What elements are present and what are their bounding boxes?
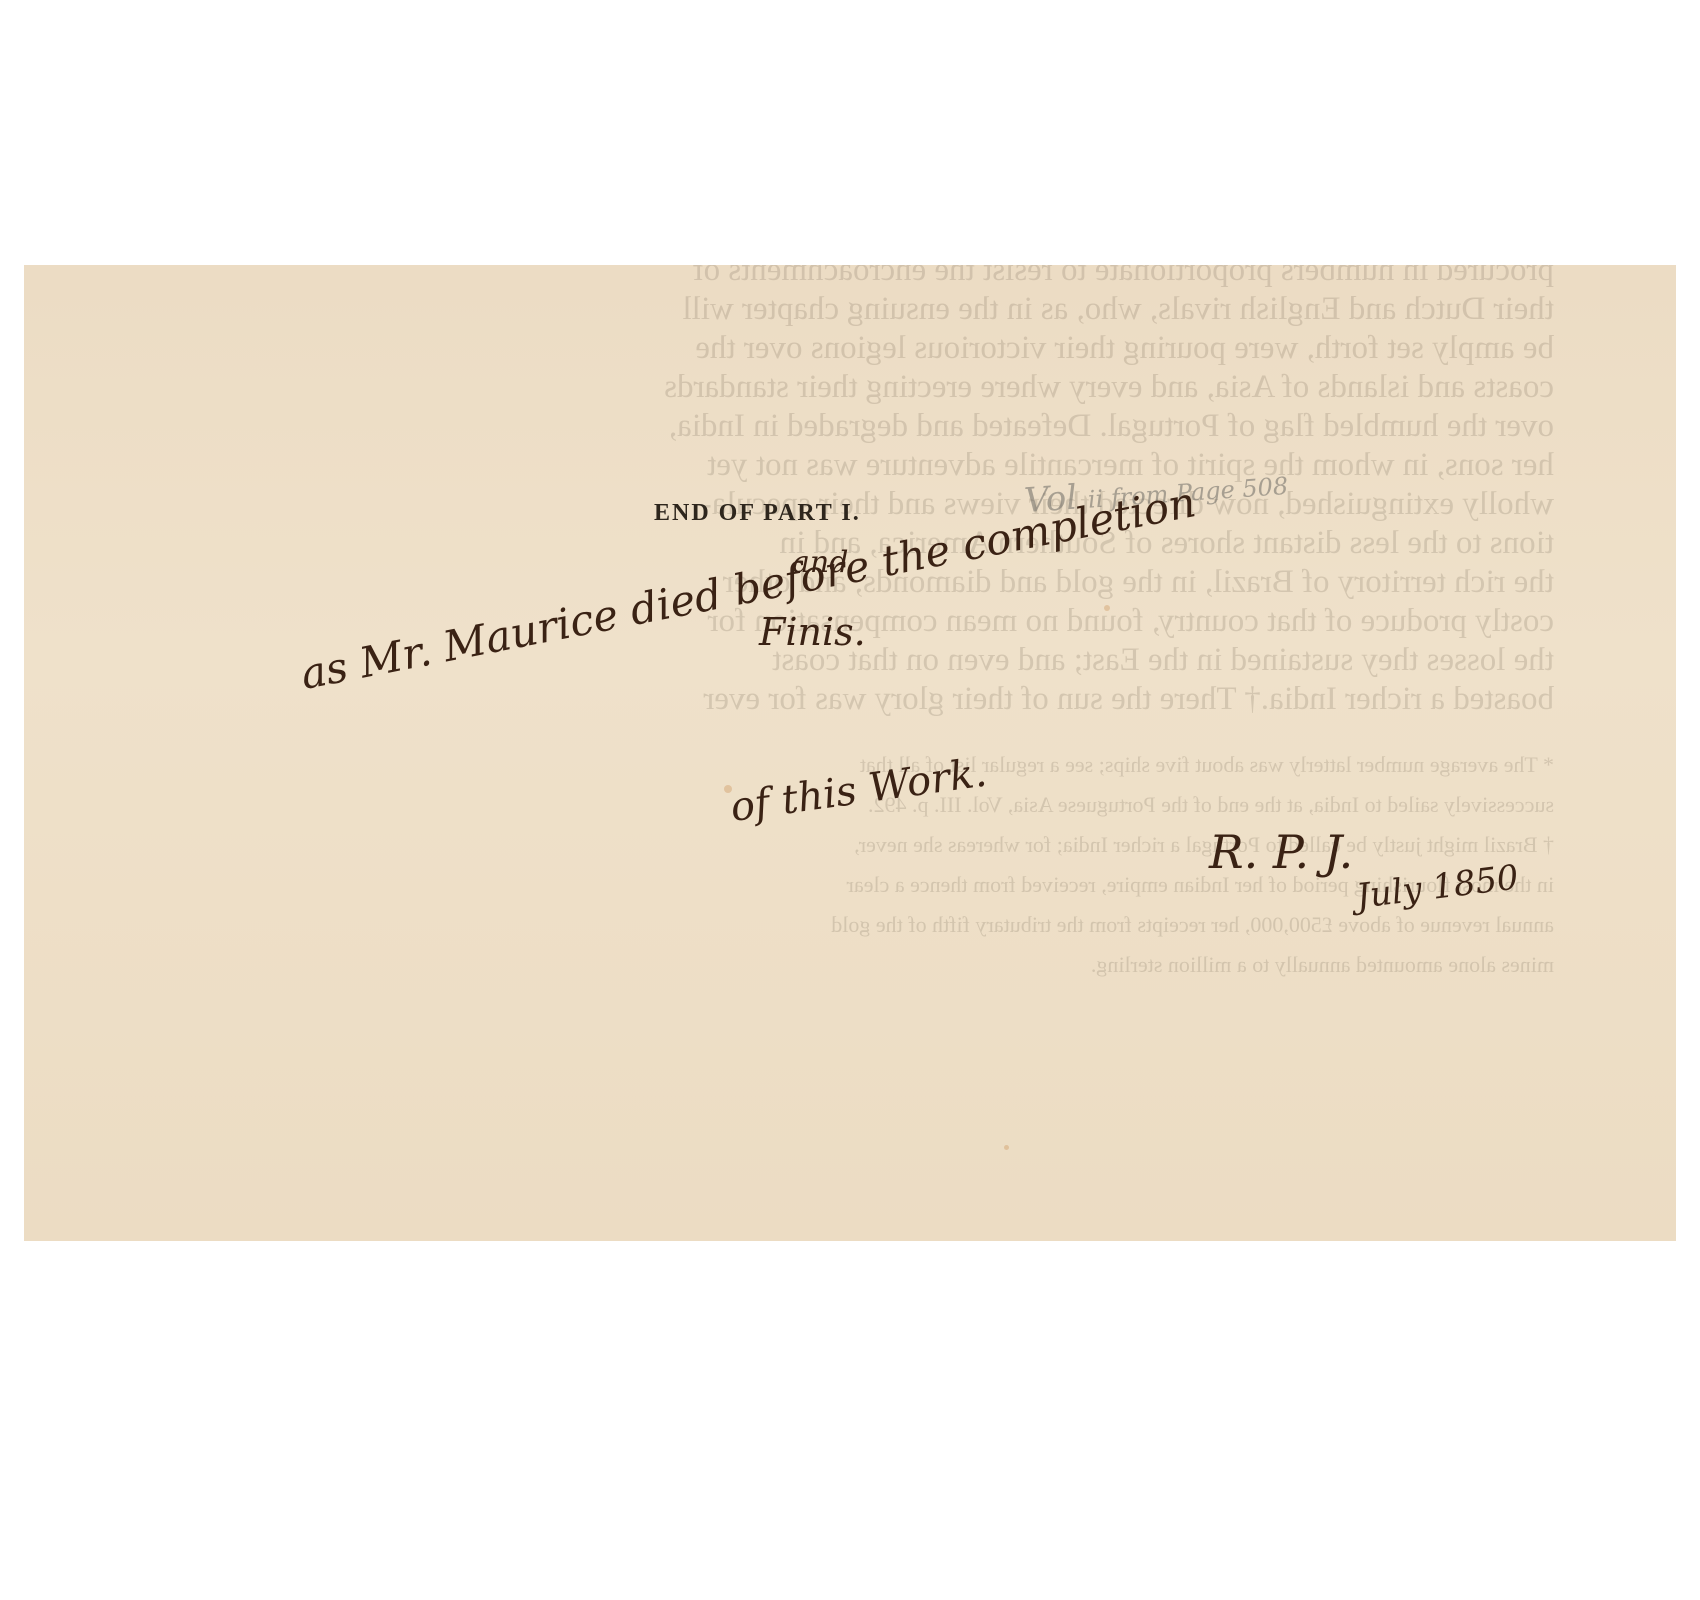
bleed-line: procured in numbers proportionate to res… — [194, 265, 1554, 290]
bleed-line: over the humbled flag of Portugal. Defea… — [194, 407, 1554, 446]
bleed-line: her sons, in whom the spirit of mercanti… — [194, 446, 1554, 485]
bleed-footnote: mines alone amounted annually to a milli… — [194, 945, 1554, 985]
bleed-line: be amply set forth, were pouring their v… — [194, 329, 1554, 368]
bleed-line: wholly extinguished, now directed their … — [194, 485, 1554, 524]
handwritten-signature: R. P. J. — [1209, 825, 1353, 879]
end-of-part-heading: END OF PART I. — [654, 500, 861, 527]
handwritten-finis: Finis. — [759, 610, 866, 654]
book-page: procured in numbers proportionate to res… — [24, 265, 1676, 1241]
foxing-spot — [1104, 605, 1110, 611]
bleed-line: boasted a richer India.† There the sun o… — [194, 680, 1554, 719]
bleed-line: coasts and islands of Asia, and every wh… — [194, 368, 1554, 407]
bleed-footnote: annual revenue of above £500,000, her re… — [194, 905, 1554, 945]
foxing-spot — [1004, 1145, 1009, 1150]
bleed-line: their Dutch and English rivals, who, as … — [194, 290, 1554, 329]
